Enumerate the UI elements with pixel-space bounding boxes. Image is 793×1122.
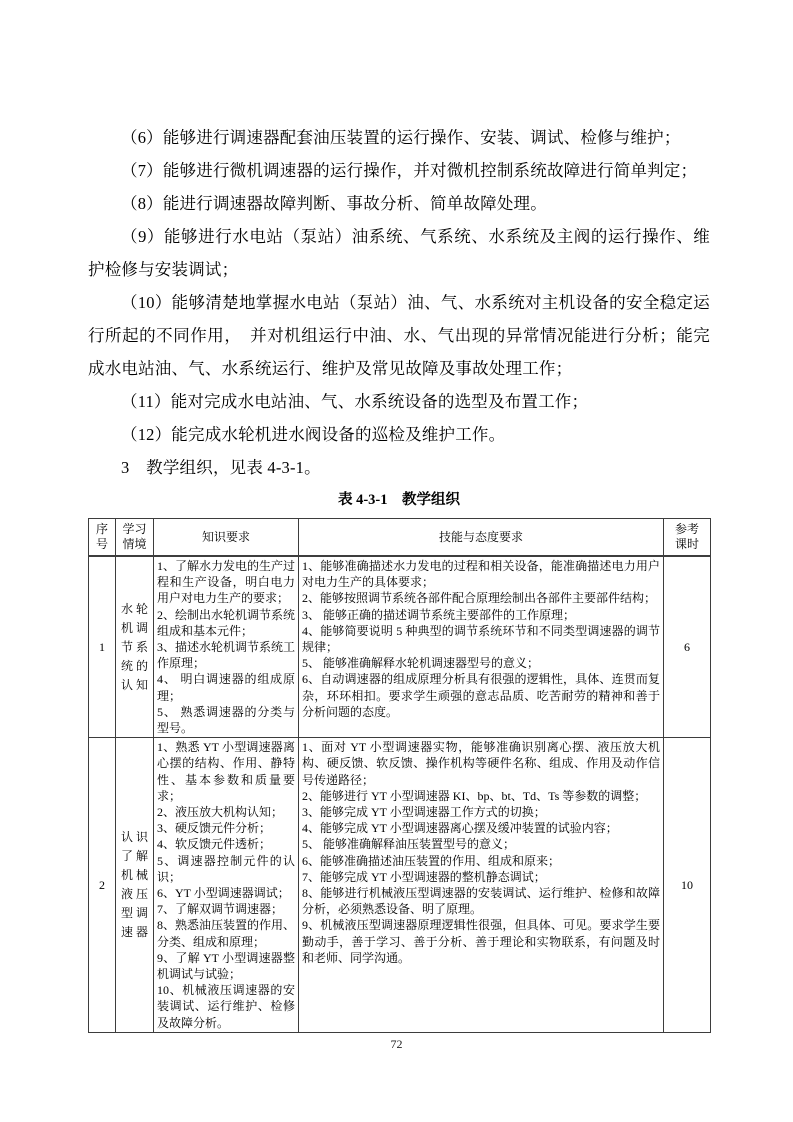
cell-knowledge-req: 1、熟悉 YT 小型调速器离心摆的结构、作用、静特性、基本参数和质量要求； 2、… (154, 738, 299, 1033)
page-content: （6）能够进行调速器配套油压装置的运行操作、安装、调试、检修与维护； （7）能够… (0, 0, 793, 1033)
list-item-9: （9）能够进行水电站（泵站）油系统、气系统、水系统及主阀的运行操作、维护检修与安… (88, 220, 710, 286)
list-item-6: （6）能够进行调速器配套油压装置的运行操作、安装、调试、检修与维护； (88, 121, 710, 154)
teaching-organization-table: 序 号 学习 情境 知识要求 技能与态度要求 参考 课时 1 水 轮 机 调 节… (88, 518, 711, 1033)
table-header-row: 序 号 学习 情境 知识要求 技能与态度要求 参考 课时 (89, 519, 711, 557)
cell-ref-hours: 6 (664, 556, 711, 738)
list-item-8: （8）能进行调速器故障判断、事故分析、简单故障处理。 (88, 187, 710, 220)
table-title: 表 4-3-1 教学组织 (88, 490, 710, 511)
header-learning-context: 学习 情境 (116, 519, 154, 557)
cell-knowledge-req: 1、了解水力发电的生产过程和生产设备，明白电力用户对电力生产的要求； 2、绘制出… (154, 556, 299, 738)
header-skill-attitude: 技能与态度要求 (299, 519, 664, 557)
cell-serial-number: 1 (89, 556, 116, 738)
list-item-7: （7）能够进行微机调速器的运行操作，并对微机控制系统故障进行简单判定； (88, 154, 710, 187)
table-body: 1 水 轮 机 调 节 系 统 的 认 知 1、了解水力发电的生产过程和生产设备… (89, 556, 711, 1032)
table-row: 1 水 轮 机 调 节 系 统 的 认 知 1、了解水力发电的生产过程和生产设备… (89, 556, 711, 738)
header-knowledge-req: 知识要求 (154, 519, 299, 557)
teaching-organization-line: 3 教学组织，见表 4-3-1。 (88, 451, 710, 484)
header-ref-hours: 参考 课时 (664, 519, 711, 557)
cell-serial-number: 2 (89, 738, 116, 1033)
header-serial-number: 序 号 (89, 519, 116, 557)
cell-skill-attitude: 1、面对 YT 小型调速器实物，能够准确识别离心摆、液压放大机构、硬反馈、软反馈… (299, 738, 664, 1033)
table-header: 序 号 学习 情境 知识要求 技能与态度要求 参考 课时 (89, 519, 711, 557)
table-row: 2 认 识 了 解 机 械 液 压 型 调 速 器 1、熟悉 YT 小型调速器离… (89, 738, 711, 1033)
cell-learning-context: 水 轮 机 调 节 系 统 的 认 知 (116, 556, 154, 738)
page-number: 72 (0, 1037, 793, 1052)
cell-skill-attitude: 1、能够准确描述水力发电的过程和相关设备，能准确描述电力用户对电力生产的具体要求… (299, 556, 664, 738)
list-item-12: （12）能完成水轮机进水阀设备的巡检及维护工作。 (88, 418, 710, 451)
cell-ref-hours: 10 (664, 738, 711, 1033)
list-item-10: （10）能够清楚地掌握水电站（泵站）油、气、水系统对主机设备的安全稳定运行所起的… (88, 286, 710, 385)
document-page: （6）能够进行调速器配套油压装置的运行操作、安装、调试、检修与维护； （7）能够… (0, 0, 793, 1122)
cell-learning-context: 认 识 了 解 机 械 液 压 型 调 速 器 (116, 738, 154, 1033)
list-item-11: （11）能对完成水电站油、气、水系统设备的选型及布置工作； (88, 385, 710, 418)
